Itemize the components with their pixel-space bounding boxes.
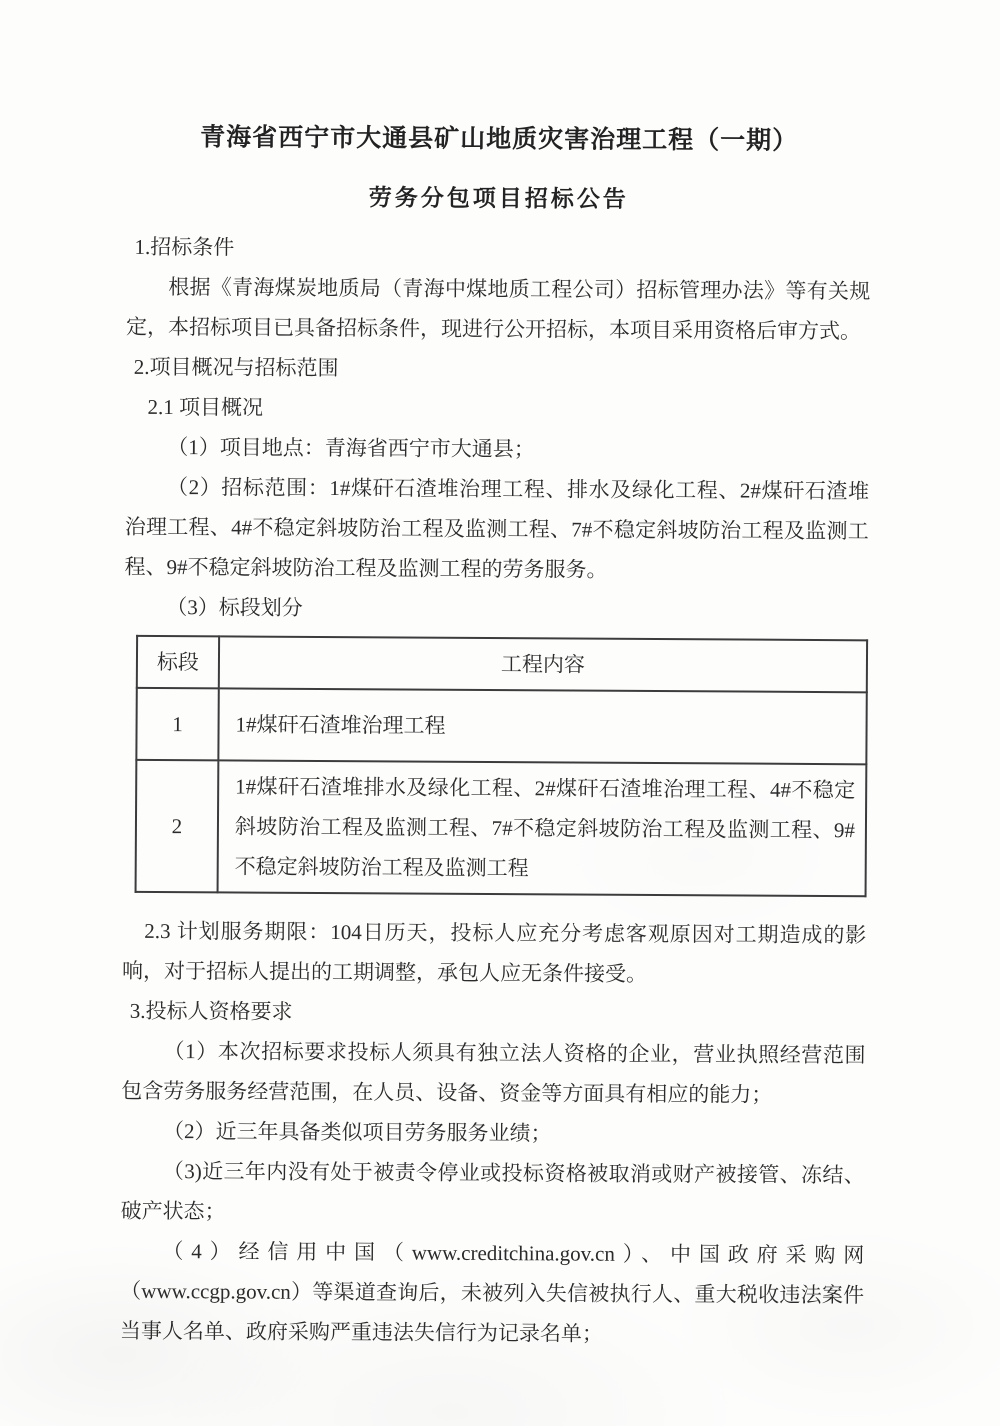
qualification-item-2: （2）近三年具备类似项目劳务服务业绩； [121, 1111, 865, 1156]
qualification-item-3: （3)近三年内没有处于被责令停业或投标资格被取消或财产被接管、冻结、破产状态； [120, 1151, 864, 1236]
section-3-heading: 3.投标人资格要求 [130, 991, 866, 1035]
table-row: 2 1#煤矸石渣堆排水及绿化工程、2#煤矸石渣堆治理工程、4#不稳定斜坡防治工程… [136, 760, 867, 896]
service-period-paragraph: 2.3 计划服务期限：104日历天，投标人应充分考虑客观原因对工期造成的影响，对… [122, 911, 866, 996]
table-header-content: 工程内容 [219, 636, 867, 692]
lot-division-table: 标段 工程内容 1 1#煤矸石渣堆治理工程 2 1#煤矸石渣堆排水及绿化工程、2… [135, 635, 869, 897]
table-row: 1 1#煤矸石渣堆治理工程 [136, 688, 866, 764]
document-subtitle: 劳务分包项目招标公告 [127, 181, 871, 218]
qualification-item-4: （4）经信用中国（www.creditchina.gov.cn）、中国政府采购网… [120, 1231, 865, 1356]
tender-scope-item: （2）招标范围：1#煤矸石渣堆治理工程、排水及绿化工程、2#煤矸石渣堆治理工程、… [124, 467, 869, 592]
document-page: 青海省西宁市大通县矿山地质灾害治理工程（一期） 劳务分包项目招标公告 1.招标条… [0, 0, 1000, 1356]
lot-content-cell: 1#煤矸石渣堆排水及绿化工程、2#煤矸石渣堆治理工程、4#不稳定斜坡防治工程及监… [218, 760, 867, 896]
section-1-heading: 1.招标条件 [134, 227, 870, 271]
section-2-1-heading: 2.1 项目概况 [125, 387, 869, 432]
lot-number-cell: 2 [136, 760, 219, 892]
table-header-row: 标段 工程内容 [137, 636, 867, 692]
lot-content-cell: 1#煤矸石渣堆治理工程 [218, 688, 866, 764]
table-header-lot: 标段 [137, 636, 219, 688]
section-1-paragraph: 根据《青海煤炭地质局（青海中煤地质工程公司）招标管理办法》等有关规定，本招标项目… [126, 267, 870, 352]
section-2-heading: 2.项目概况与招标范围 [134, 347, 870, 391]
document-title: 青海省西宁市大通县矿山地质灾害治理工程（一期） [127, 121, 871, 160]
lot-division-item: （3）标段划分 [124, 587, 868, 632]
project-location-item: （1）项目地点：青海省西宁市大通县； [125, 427, 869, 472]
qualification-item-1: （1）本次招标要求投标人须具有独立法人资格的企业，营业执照经营范围包含劳务服务经… [121, 1031, 865, 1116]
lot-number-cell: 1 [136, 688, 218, 760]
